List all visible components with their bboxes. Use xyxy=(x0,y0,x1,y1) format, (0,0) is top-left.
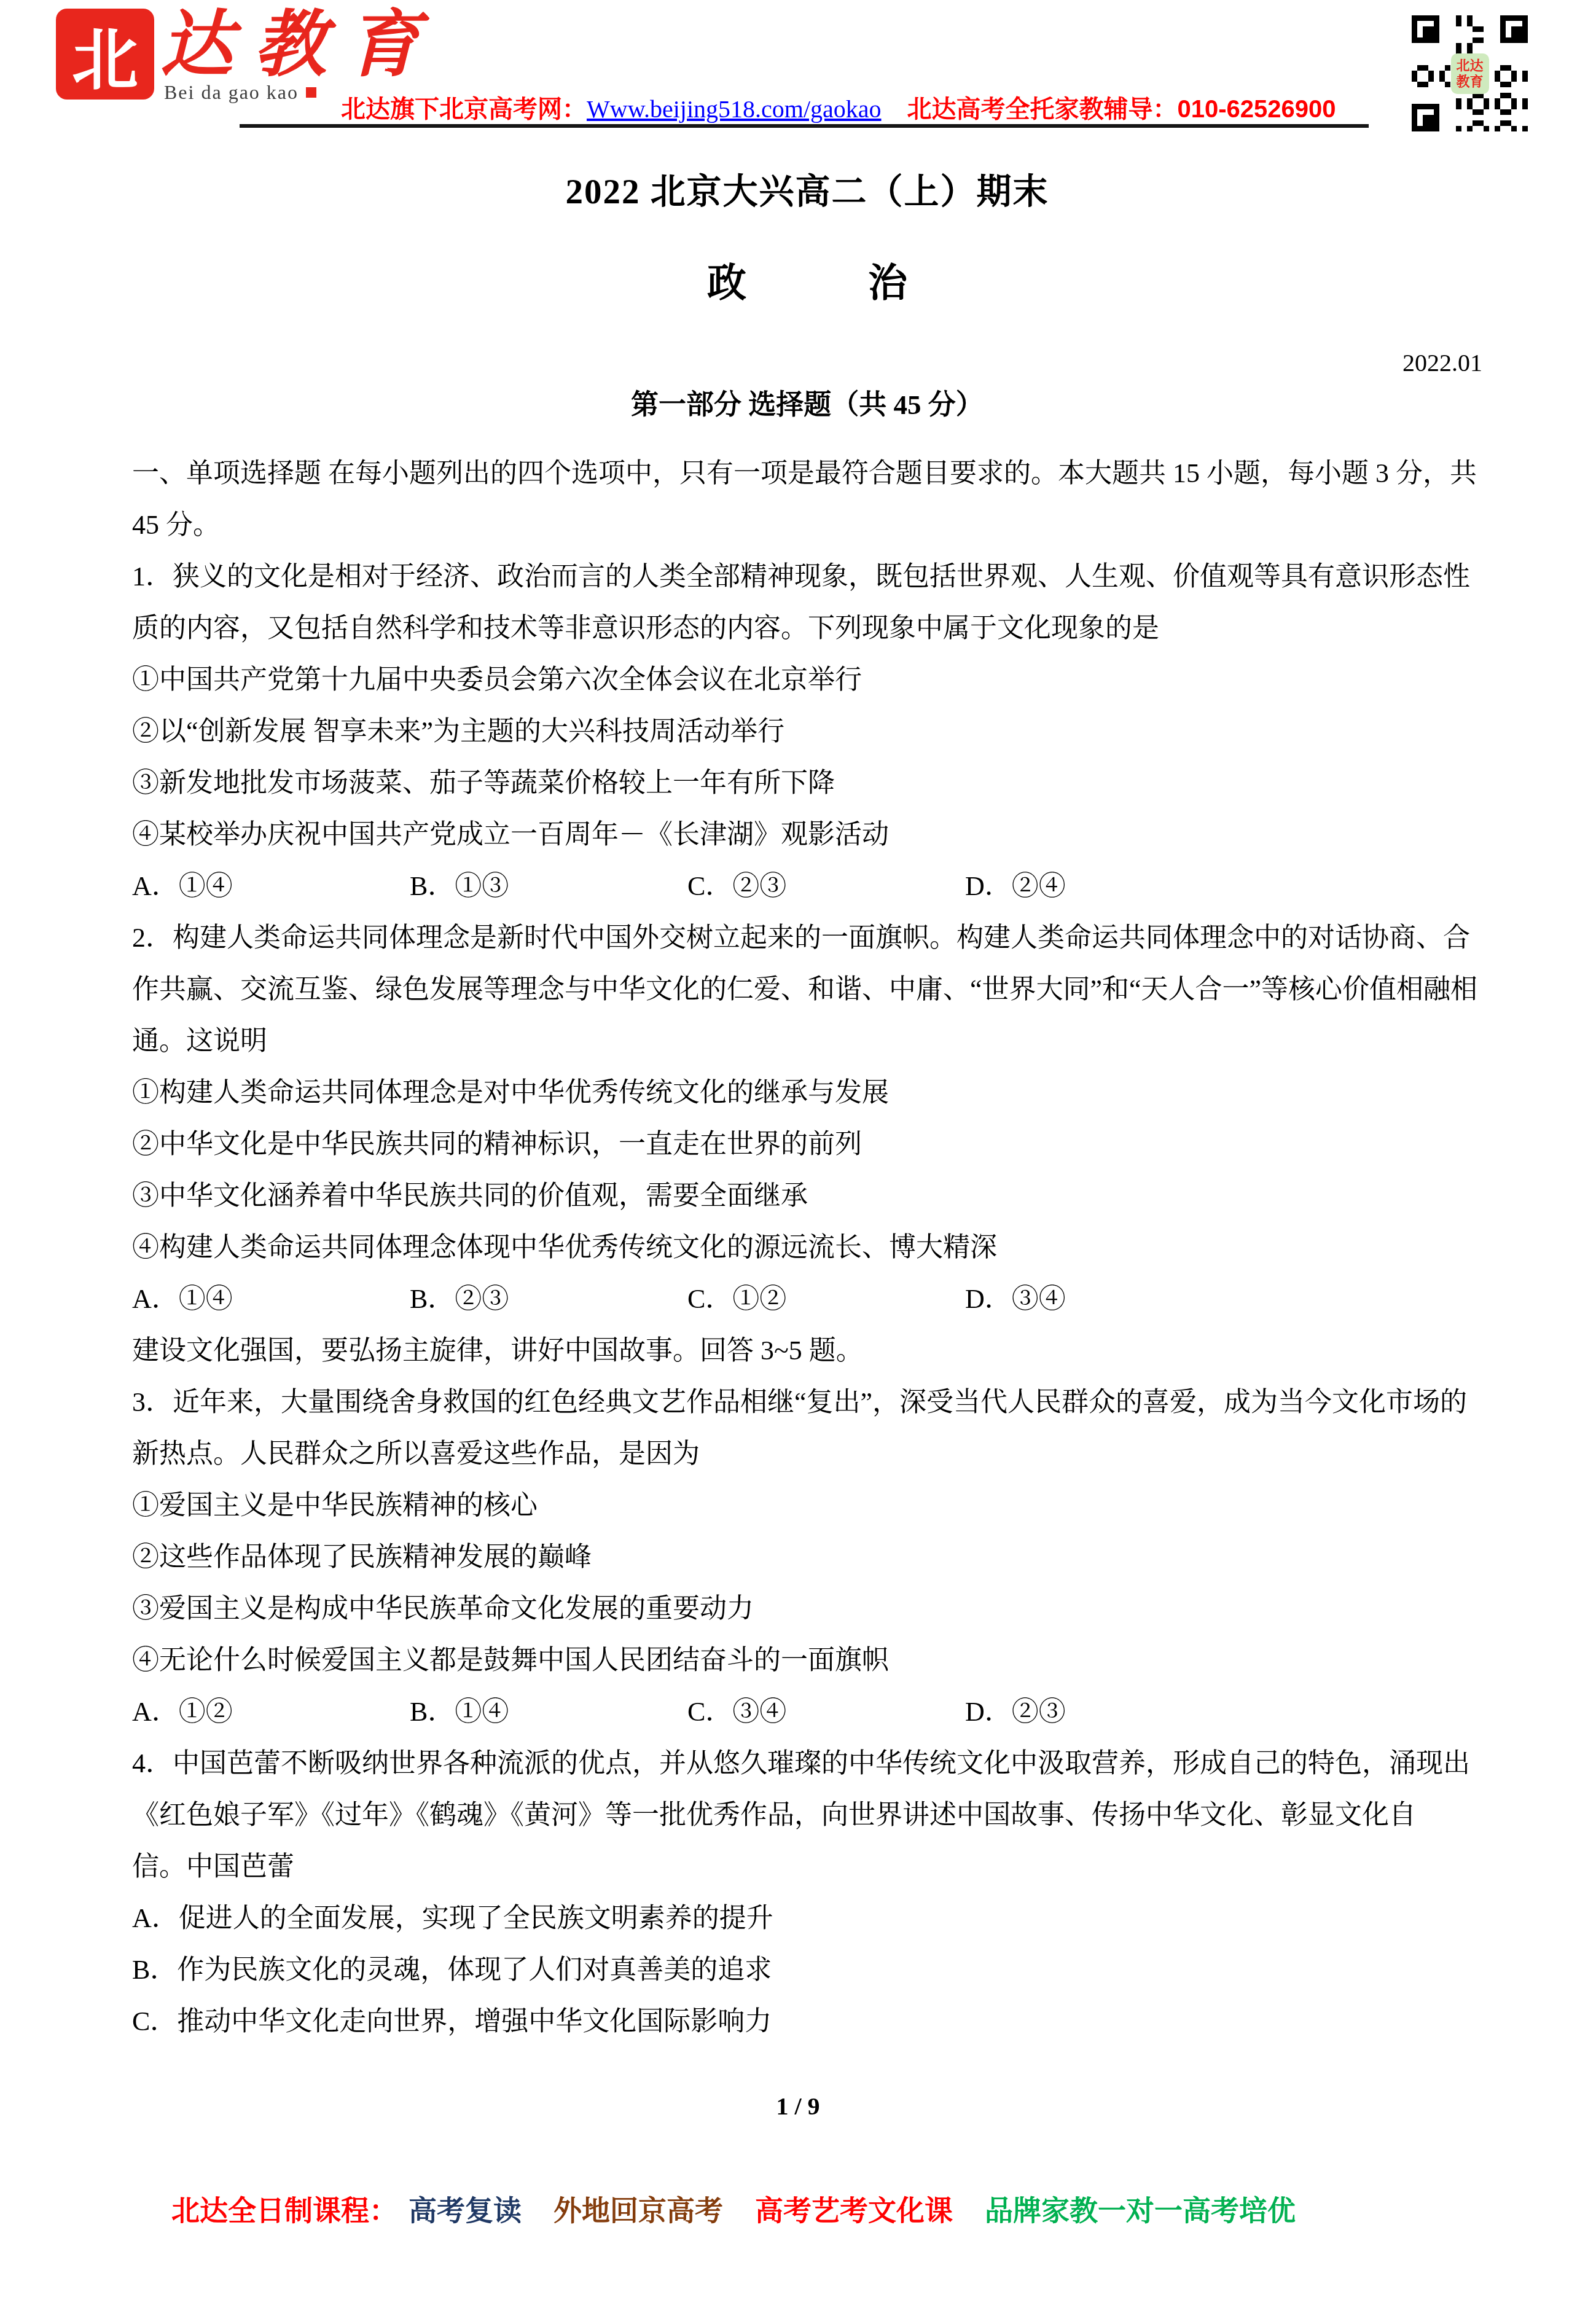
q1-item-4: ④某校举办庆祝中国共产党成立一百周年－《长津湖》观影活动 xyxy=(132,809,1482,861)
page-number: 1 / 9 xyxy=(0,2092,1596,2121)
q1-option-a: A．①④ xyxy=(132,861,410,912)
promo-item-3: 高考艺考文化课 xyxy=(755,2195,953,2226)
q3-stem-line-1: 3．近年来，大量围绕舍身救国的红色经典文艺作品相继“复出”，深受当代人民群众的喜… xyxy=(132,1377,1482,1428)
qr-badge-text-bottom: 教育 xyxy=(1456,74,1483,90)
q3-item-3: ③爱国主义是构成中华民族革命文化发展的重要动力 xyxy=(132,1583,1482,1635)
q1-option-b: B．①③ xyxy=(410,861,687,912)
q2-option-b: B．②③ xyxy=(410,1273,687,1325)
q2-item-2: ②中华文化是中华民族共同的精神标识，一直走在世界的前列 xyxy=(132,1119,1482,1170)
q1-options-row: A．①④ B．①③ C．②③ D．②④ xyxy=(132,861,1482,912)
header-contact-line: 北达旗下北京高考网：Www.beijing518.com/gaokao北达高考全… xyxy=(341,96,1336,123)
subject-title: 政治 xyxy=(132,263,1482,303)
part-header: 第一部分 选择题（共 45 分） xyxy=(132,390,1482,420)
qr-code: 北达 教育 xyxy=(1412,15,1528,131)
promo-label: 北达全日制课程： xyxy=(171,2195,397,2226)
q3-item-4: ④无论什么时候爱国主义都是鼓舞中国人民团结奋斗的一面旗帜 xyxy=(132,1635,1482,1686)
interlude-line: 建设文化强国，要弘扬主旋律，讲好中国故事。回答 3~5 题。 xyxy=(132,1325,1482,1377)
q2-item-3: ③中华文化涵养着中华民族共同的价值观，需要全面继承 xyxy=(132,1170,1482,1222)
site-url-link[interactable]: Www.beijing518.com/gaokao xyxy=(587,95,882,123)
q2-options-row: A．①④ B．②③ C．①② D．③④ xyxy=(132,1273,1482,1325)
brand-stamp-icon: 北 xyxy=(58,11,152,97)
qr-finder-icon xyxy=(1500,15,1528,43)
q3-stem-line-2: 新热点。人民群众之所以喜爱这些作品，是因为 xyxy=(132,1428,1482,1480)
q1-item-1: ①中国共产党第十九届中央委员会第六次全体会议在北京举行 xyxy=(132,654,1482,706)
promo-item-2: 外地回京高考 xyxy=(554,2195,723,2226)
qr-finder-icon xyxy=(1412,104,1439,131)
intro-line-2: 45 分。 xyxy=(132,499,1482,551)
q3-options-row: A．①② B．①④ C．③④ D．②③ xyxy=(132,1686,1482,1738)
brand-text-block: 达教育 Bei da gao kao xyxy=(160,11,440,104)
q3-option-d: D．②③ xyxy=(965,1686,1066,1738)
q4-option-b: B．作为民族文化的灵魂，体现了人们对真善美的追求 xyxy=(132,1944,1482,1996)
footer-promo-line: 北达全日制课程：高考复读外地回京高考高考艺考文化课品牌家教一对一高考培优 xyxy=(0,2188,1531,2229)
q2-item-1: ①构建人类命运共同体理念是对中华优秀传统文化的继承与发展 xyxy=(132,1067,1482,1119)
q3-option-c: C．③④ xyxy=(687,1686,965,1738)
q1-item-3: ③新发地批发市场菠菜、茄子等蔬菜价格较上一年有所下降 xyxy=(132,757,1482,809)
q3-option-a: A．①② xyxy=(132,1686,410,1738)
q4-stem-line-3: 信。中国芭蕾 xyxy=(132,1841,1482,1893)
qr-finder-icon xyxy=(1412,15,1439,43)
q1-item-2: ②以“创新发展 智享未来”为主题的大兴科技周活动举行 xyxy=(132,706,1482,757)
qr-center-badge: 北达 教育 xyxy=(1451,53,1489,94)
qr-badge-text-top: 北达 xyxy=(1456,58,1483,74)
promo-item-1: 高考复读 xyxy=(409,2195,522,2226)
q2-stem-line-1: 2．构建人类命运共同体理念是新时代中国外交树立起来的一面旗帜。构建人类命运共同体… xyxy=(132,912,1482,964)
brand-logo: 北 达教育 Bei da gao kao xyxy=(58,11,440,104)
q2-option-d: D．③④ xyxy=(965,1273,1066,1325)
q3-option-b: B．①④ xyxy=(410,1686,687,1738)
q4-option-a: A．促进人的全面发展，实现了全民族文明素养的提升 xyxy=(132,1893,1482,1944)
q2-stem-line-3: 通。这说明 xyxy=(132,1015,1482,1067)
subject-char-2: 治 xyxy=(868,261,907,305)
exam-page: 北 达教育 Bei da gao kao 北达旗下北京高考网：Www.beiji… xyxy=(0,0,1596,2300)
q2-stem-line-2: 作共赢、交流互鉴、绿色发展等理念与中华文化的仁爱、和谐、中庸、“世界大同”和“天… xyxy=(132,964,1482,1015)
q4-stem-line-2: 《红色娘子军》《过年》《鹤魂》《黄河》等一批优秀作品，向世界讲述中国故事、传扬中… xyxy=(132,1790,1482,1841)
tutor-phone: 010-62526900 xyxy=(1178,96,1336,123)
exam-title: 2022 北京大兴高二（上）期末 xyxy=(132,174,1482,210)
q1-stem-line-1: 1．狭义的文化是相对于经济、政治而言的人类全部精神现象，既包括世界观、人生观、价… xyxy=(132,551,1482,603)
q3-item-2: ②这些作品体现了民族精神发展的巅峰 xyxy=(132,1531,1482,1583)
red-square-icon xyxy=(306,87,316,98)
q2-item-4: ④构建人类命运共同体理念体现中华优秀传统文化的源远流长、博大精深 xyxy=(132,1222,1482,1273)
brand-stamp-char: 北 xyxy=(72,7,138,102)
q4-option-c: C．推动中华文化走向世界，增强中华文化国际影响力 xyxy=(132,1996,1482,2048)
subject-char-1: 政 xyxy=(707,261,746,305)
q1-option-d: D．②④ xyxy=(965,861,1066,912)
promo-item-4: 品牌家教一对一高考培优 xyxy=(985,2195,1296,2226)
q1-option-c: C．②③ xyxy=(687,861,965,912)
q3-item-1: ①爱国主义是中华民族精神的核心 xyxy=(132,1480,1482,1531)
header-divider-rule xyxy=(240,124,1369,128)
intro-line-1: 一、单项选择题 在每小题列出的四个选项中，只有一项是最符合题目要求的。本大题共 … xyxy=(132,448,1482,499)
exam-date: 2022.01 xyxy=(132,350,1482,376)
q4-stem-line-1: 4．中国芭蕾不断吸纳世界各种流派的优点，并从悠久璀璨的中华传统文化中汲取营养，形… xyxy=(132,1738,1482,1790)
q2-option-a: A．①④ xyxy=(132,1273,410,1325)
q2-option-c: C．①② xyxy=(687,1273,965,1325)
paper-main: 2022 北京大兴高二（上）期末 政治 2022.01 第一部分 选择题（共 4… xyxy=(0,0,1596,2048)
tutor-label: 北达高考全托家教辅导： xyxy=(907,95,1178,123)
brand-tagline: Bei da gao kao xyxy=(164,81,299,104)
q1-stem-line-2: 质的内容，又包括自然科学和技术等非意识形态的内容。下列现象中属于文化现象的是 xyxy=(132,603,1482,654)
brand-name: 达教育 xyxy=(160,11,440,80)
paper-body: 一、单项选择题 在每小题列出的四个选项中，只有一项是最符合题目要求的。本大题共 … xyxy=(132,448,1482,2048)
site-label: 北达旗下北京高考网： xyxy=(341,95,587,123)
